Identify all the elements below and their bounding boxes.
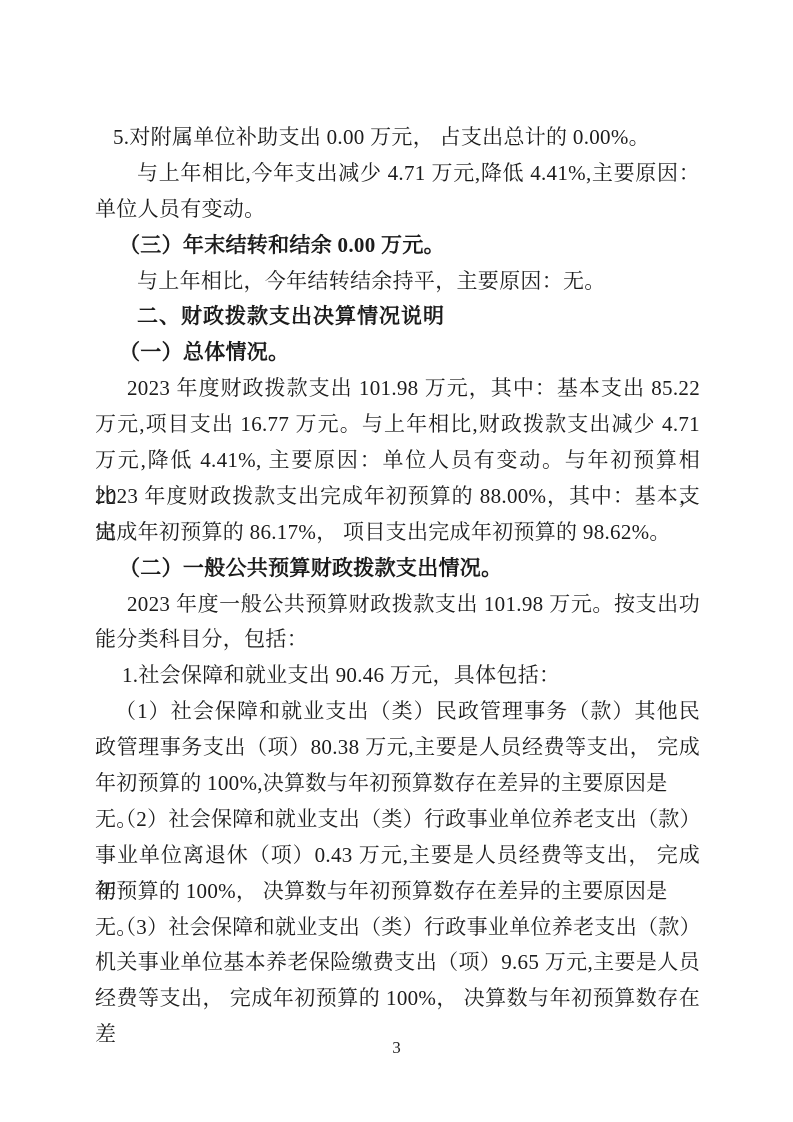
text-line: 二、财政拨款支出决算情况说明 [95, 299, 700, 335]
text-line: 年初预算的 100%,决算数与年初预算数存在差异的主要原因是无。 [95, 766, 700, 802]
text-line: 单位人员有变动。 [95, 192, 700, 228]
text-line: 5.对附属单位补助支出 0.00 万元， 占支出总计的 0.00%。 [95, 120, 700, 156]
text-line: 初预算的 100%， 决算数与年初预算数存在差异的主要原因是无。 [95, 874, 700, 910]
text-line: 万元,降低 4.41%, 主要原因：单位人员有变动。与年初预算相比， [95, 443, 700, 479]
text-line: 政管理事务支出（项）80.38 万元,主要是人员经费等支出， 完成 [95, 730, 700, 766]
text-line: 2023 年度一般公共预算财政拨款支出 101.98 万元。按支出功 [95, 587, 700, 623]
text-line: 机关事业单位基本养老保险缴费支出（项）9.65 万元,主要是人员 [95, 945, 700, 981]
text-line: 1.社会保障和就业支出 90.46 万元，具体包括： [95, 658, 700, 694]
text-line: 万元,项目支出 16.77 万元。与上年相比,财政拨款支出减少 4.71 [95, 407, 700, 443]
text-line: 2023 年度财政拨款支出 101.98 万元，其中：基本支出 85.22 [95, 371, 700, 407]
document-page: 5.对附属单位补助支出 0.00 万元， 占支出总计的 0.00%。与上年相比,… [0, 0, 793, 1122]
text-line: （三）年末结转和结余 0.00 万元。 [95, 228, 700, 264]
text-line: 与上年相比,今年支出减少 4.71 万元,降低 4.41%,主要原因： [95, 156, 700, 192]
text-line: 2023 年度财政拨款支出完成年初预算的 88.00%，其中：基本支出 [95, 479, 700, 515]
page-number: 3 [0, 1038, 793, 1058]
text-line: （3）社会保障和就业支出（类）行政事业单位养老支出（款） [95, 910, 700, 946]
text-line: （一）总体情况。 [95, 335, 700, 371]
text-line: 事业单位离退休（项）0.43 万元,主要是人员经费等支出， 完成年 [95, 838, 700, 874]
text-line: 完成年初预算的 86.17%， 项目支出完成年初预算的 98.62%。 [95, 515, 700, 551]
text-line: （2）社会保障和就业支出（类）行政事业单位养老支出（款） [95, 802, 700, 838]
text-line: 能分类科目分，包括： [95, 622, 700, 658]
text-line: （1）社会保障和就业支出（类）民政管理事务（款）其他民 [95, 694, 700, 730]
document-body: 5.对附属单位补助支出 0.00 万元， 占支出总计的 0.00%。与上年相比,… [95, 120, 700, 1017]
text-line: 与上年相比，今年结转结余持平，主要原因：无。 [95, 264, 700, 300]
text-line: （二）一般公共预算财政拨款支出情况。 [95, 551, 700, 587]
text-line: 经费等支出， 完成年初预算的 100%， 决算数与年初预算数存在差 [95, 981, 700, 1017]
